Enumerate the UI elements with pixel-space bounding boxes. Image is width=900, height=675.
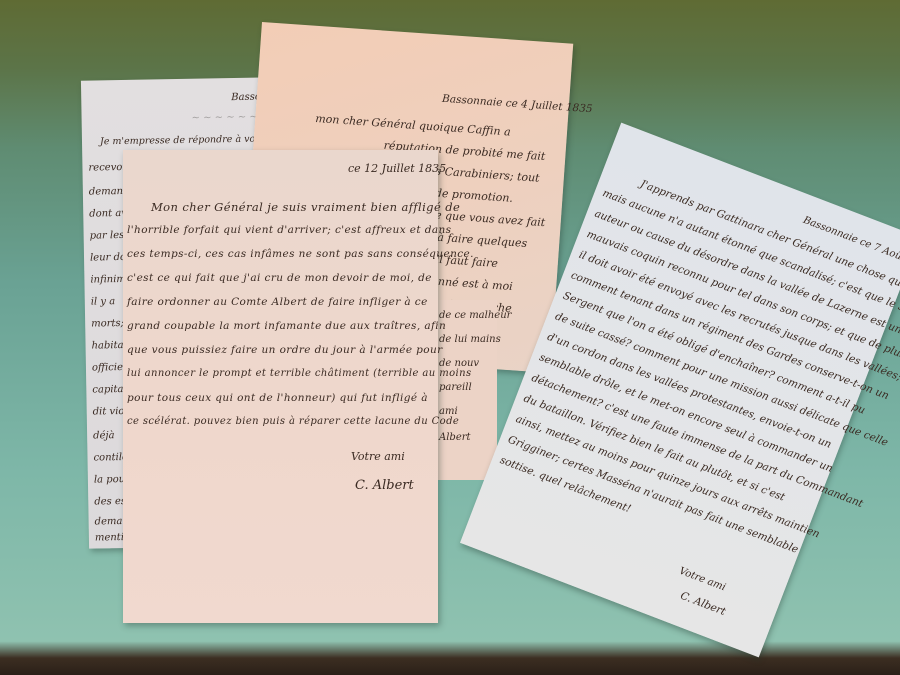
letter-d-closing: Votre ami (678, 566, 728, 594)
letter-c-line: Mon cher Général je suis vraiment bien a… (151, 200, 460, 214)
letter-b-line: pareill (439, 382, 472, 393)
letter-b-date: Bassonnaie ce 4 Juillet 1835 (442, 93, 593, 115)
letter-page-c: ce 12 Juillet 1835 Mon cher Général je s… (123, 150, 438, 623)
letter-a-line: morts; (91, 318, 124, 330)
letter-b-line: Albert (439, 432, 471, 443)
letter-c-line: l'horrible forfait qui vient d'arriver; … (127, 224, 451, 236)
letter-c-line: lui annoncer le prompt et terrible châti… (127, 368, 472, 379)
letter-c-line: ces temps-ci, ces cas infâmes ne sont pa… (127, 248, 474, 260)
letter-c-date: ce 12 Juillet 1835 (348, 162, 446, 175)
letter-c-line: grand coupable la mort infamante due aux… (127, 320, 446, 332)
letter-b-body: mon cher Général quoique Caffin a réputa… (262, 22, 573, 44)
letter-d-signature: C. Albert (679, 590, 728, 618)
letter-a-line: déjà (93, 430, 115, 441)
letter-c-line: que vous puissiez faire un ordre du jour… (127, 344, 443, 356)
letter-c-line: faire ordonner au Comte Albert de faire … (127, 296, 428, 308)
letter-c-line: c'est ce qui fait que j'ai cru de mon de… (127, 272, 432, 284)
letter-c-signature: C. Albert (355, 478, 414, 493)
letter-c-closing: Votre ami (351, 450, 405, 463)
letter-b-line: de lui mains (439, 334, 501, 345)
letter-a-line: il y a (91, 296, 116, 307)
letter-d-body: J'apprends par Gattinara cher Général un… (621, 123, 900, 238)
letter-c-line: ce scélérat. pouvez bien puis à réparer … (127, 416, 459, 427)
letter-b-line: de ce malheur (439, 310, 511, 321)
letter-c-line: pour tous ceux qui ont de l'honneur) qui… (127, 392, 428, 404)
letter-b-line: mon cher Général quoique Caffin a (315, 112, 511, 139)
